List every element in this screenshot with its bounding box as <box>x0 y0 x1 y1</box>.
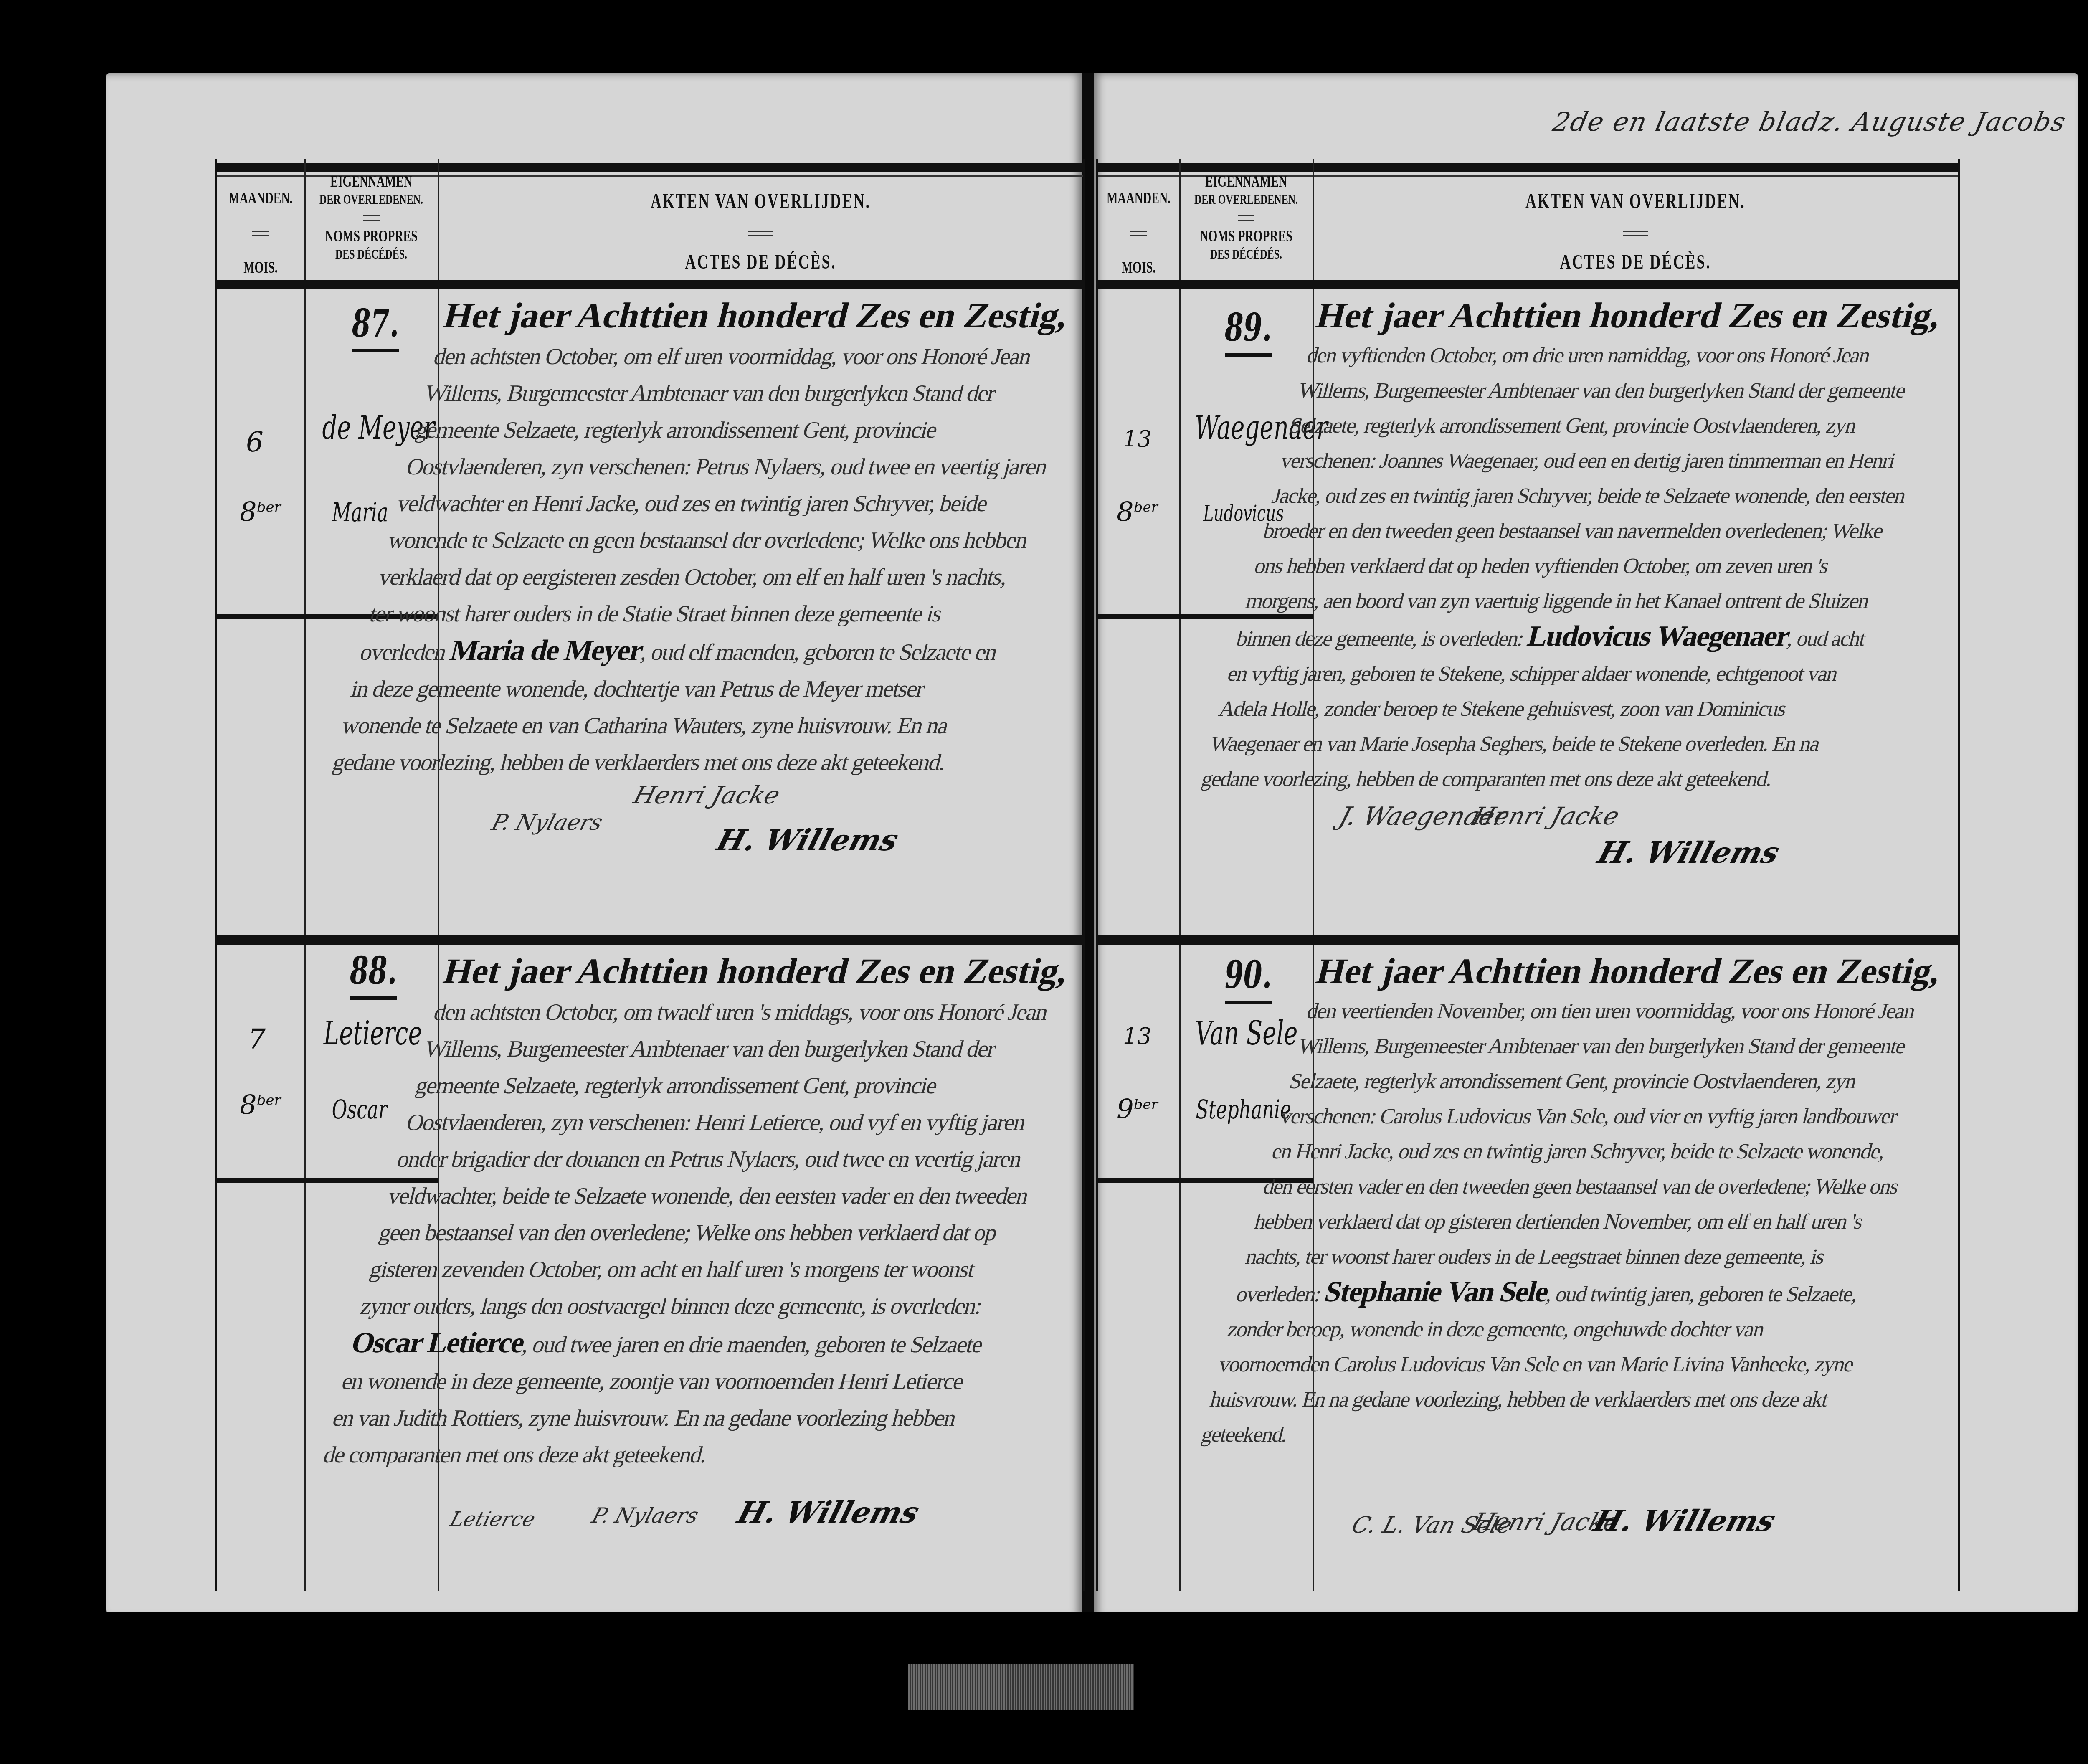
entry-day: 7 <box>248 1023 266 1055</box>
signature-mayor: H. Willems <box>1590 1503 1779 1538</box>
entry-given-name: Stephanie <box>1196 1094 1291 1125</box>
entry-given-name: Oscar <box>332 1094 387 1125</box>
column-divider <box>304 159 306 1591</box>
signature-mayor: H. Willems <box>713 823 902 857</box>
header-month: MAANDEN. MOIS. <box>217 175 304 280</box>
ledger-left: MAANDEN. MOIS. EIGENNAMEN DER OVERLEDENE… <box>215 159 1085 1591</box>
signature-witness: P. Nylaers <box>489 810 606 835</box>
entry-number: 88. <box>350 948 397 993</box>
entry-number: 87. <box>352 301 399 346</box>
header-rule <box>1098 280 1958 289</box>
column-divider <box>1179 159 1181 1591</box>
ledger-right: MAANDEN. MOIS. EIGENNAMEN DER OVERLEDENE… <box>1096 159 1960 1591</box>
header-acts: AKTEN VAN OVERLIJDEN. ACTES DE DÉCÈS. <box>1313 175 1958 280</box>
entry-surname: Van Sele <box>1195 1015 1298 1052</box>
header-month: MAANDEN. MOIS. <box>1098 175 1179 280</box>
entry-number: 90. <box>1225 952 1272 997</box>
header-names: EIGENNAMEN DER OVERLEDENEN. NOMS PROPRES… <box>1179 175 1313 280</box>
entry-body: Het jaer Achttien honderd Zes en Zestig,… <box>319 948 1094 1473</box>
entry-given-name: Maria <box>332 497 388 527</box>
signature-mayor: H. Willems <box>734 1495 923 1530</box>
signature-witness: Letierce <box>447 1508 538 1531</box>
entry-body: Het jaer Achttien honderd Zes en Zestig,… <box>1198 948 1958 1452</box>
top-rule <box>217 163 1083 172</box>
header-names: EIGENNAMEN DER OVERLEDENEN. NOMS PROPRES… <box>304 175 438 280</box>
entry-day: 13 <box>1123 1023 1152 1049</box>
entry-separator <box>217 935 1083 945</box>
header-rule <box>217 280 1083 289</box>
entry-surname: Letierce <box>324 1015 422 1052</box>
signature-witness: Henri Jacke <box>630 781 783 809</box>
header-acts: AKTEN VAN OVERLIJDEN. ACTES DE DÉCÈS. <box>438 175 1083 280</box>
top-rule <box>1098 163 1958 172</box>
entry-day: 6 <box>246 426 264 458</box>
entry-number: 89. <box>1225 305 1272 350</box>
entry-separator <box>1098 935 1958 945</box>
entry-body: Het jaer Achttien honderd Zes en Zestig,… <box>329 292 1094 781</box>
entry-month: 9ber <box>1117 1094 1158 1125</box>
signature-witness: Henri Jacke <box>1470 802 1622 830</box>
marginal-note: 2de en laatste bladz. Auguste Jacobs <box>1550 106 2069 137</box>
archive-label-strip <box>1059 1664 1134 1710</box>
entry-month: 8ber <box>240 497 281 528</box>
signature-witness: P. Nylaers <box>589 1503 702 1528</box>
entry-month: 8ber <box>1117 497 1158 528</box>
signature-mayor: H. Willems <box>1594 835 1784 870</box>
archive-label-strip <box>908 1664 1059 1710</box>
entry-body: Het jaer Achttien honderd Zes en Zestig,… <box>1198 292 1958 797</box>
entry-month: 8ber <box>240 1090 281 1121</box>
entry-day: 13 <box>1123 426 1152 452</box>
